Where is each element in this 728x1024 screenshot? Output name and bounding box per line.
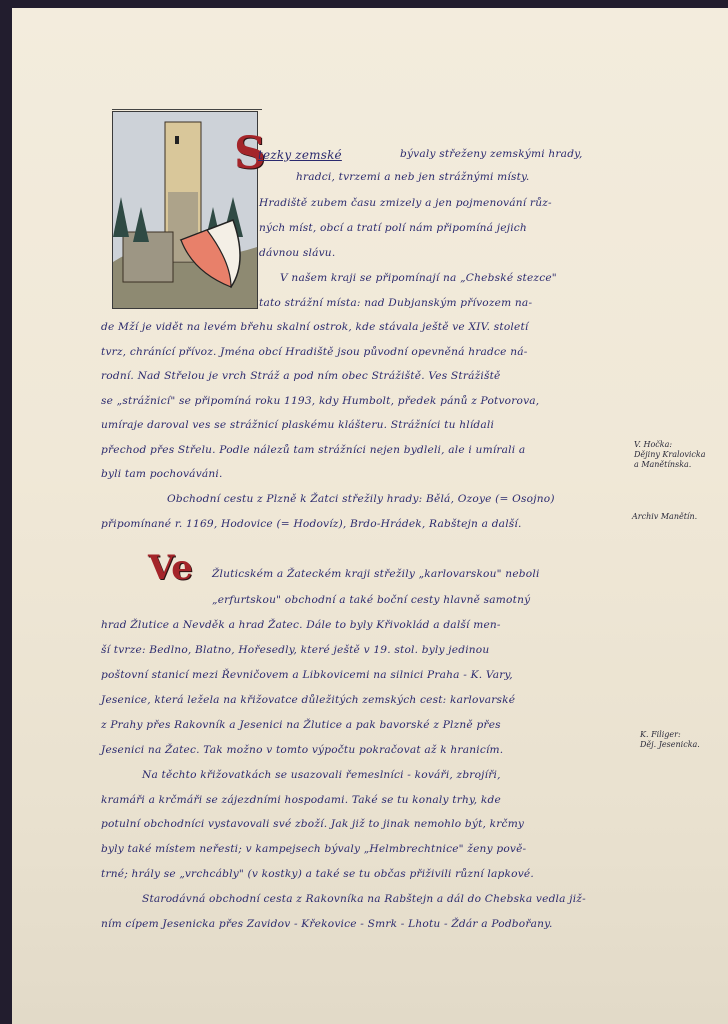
text-line: potulní obchodníci vystavovali své zboží… <box>101 818 524 830</box>
text-line: z Prahy přes Rakovník a Jesenici na Žlut… <box>101 719 501 731</box>
text-line: rodní. Nad Střelou je vrch Stráž a pod n… <box>101 370 501 382</box>
text-line: poštovní stanicí mezi Řevničovem a Libko… <box>101 669 513 681</box>
decorated-initial-ve: Ve <box>148 548 193 588</box>
text-line: Jesenici na Žatec. Tak možno v tomto výp… <box>101 744 503 756</box>
manuscript-page: S tezky zemské bývaly střeženy zemskými … <box>12 8 728 1024</box>
text-line: byli tam pochováváni. <box>101 468 223 480</box>
note-line: Děj. Jesenicka. <box>640 740 700 750</box>
text-line: Žluticském a Žateckém kraji střežily „ka… <box>212 568 540 580</box>
text-line: Hradiště zubem času zmizely a jen pojmen… <box>259 197 552 209</box>
text-line: Na těchto křižovatkách se usazovali řeme… <box>142 769 501 781</box>
text-line: ním cípem Jesenicka přes Zavidov - Křeko… <box>101 918 553 930</box>
text-line: Starodávná obchodní cesta z Rakovníka na… <box>142 893 586 905</box>
text-line: se „strážnicí" se připomíná roku 1193, k… <box>101 395 539 407</box>
text-line: trné; hrály se „vrchcábly" (v kostky) a … <box>101 868 534 880</box>
text-line: bývaly střeženy zemskými hrady, <box>400 148 583 160</box>
text-line: tato strážní místa: nad Dubjanským přívo… <box>259 297 532 309</box>
text-line: připomínané r. 1169, Hodovice (= Hodovíz… <box>101 518 522 530</box>
text-line: tvrz, chránící přívoz. Jména obcí Hradiš… <box>101 346 528 358</box>
text-line: kramáři a krčmáři se zájezdními hospodam… <box>101 794 501 806</box>
title-text: tezky zemské <box>258 148 342 162</box>
margin-note-hocka: V. Hočka: Dějiny Kralovicka a Manětínska… <box>634 440 706 470</box>
text-line: hrad Žlutice a Nevděk a hrad Žatec. Dále… <box>101 619 501 631</box>
text-line: dávnou slávu. <box>259 247 335 259</box>
text-line: „erfurtskou" obchodní a také boční cesty… <box>212 594 530 606</box>
margin-note-archiv: Archiv Manětín. <box>632 512 697 522</box>
text-line: byly také místem neřesti; v kampejsech b… <box>101 843 526 855</box>
text-line: Jesenice, která ležela na křižovatce důl… <box>101 694 515 706</box>
text-line: V našem kraji se připomínají na „Chebské… <box>280 272 557 284</box>
section-title: tezky zemské <box>258 148 342 162</box>
margin-note-filiger: K. Filiger: Děj. Jesenicka. <box>640 730 700 750</box>
text-line: hradci, tvrzemi a neb jen strážnými míst… <box>296 171 529 183</box>
text-line: umíraje daroval ves se strážnicí plaském… <box>101 419 494 431</box>
text-line: de Mží je vidět na levém břehu skalní os… <box>101 321 529 333</box>
note-author: K. Filiger: <box>640 730 700 740</box>
text-line: ší tvrze: Bedlno, Blatno, Hořesedly, kte… <box>101 644 489 656</box>
note-line: a Manětínska. <box>634 460 706 470</box>
text-line: ných míst, obcí a tratí polí nám připomí… <box>259 222 527 234</box>
note-line: Dějiny Kralovicka <box>634 450 706 460</box>
note-author: V. Hočka: <box>634 440 706 450</box>
illustration-frame-line <box>112 109 262 110</box>
text-line: přechod přes Střelu. Podle nálezů tam st… <box>101 444 525 456</box>
text-line: Obchodní cestu z Plzně k Žatci střežily … <box>167 493 555 505</box>
